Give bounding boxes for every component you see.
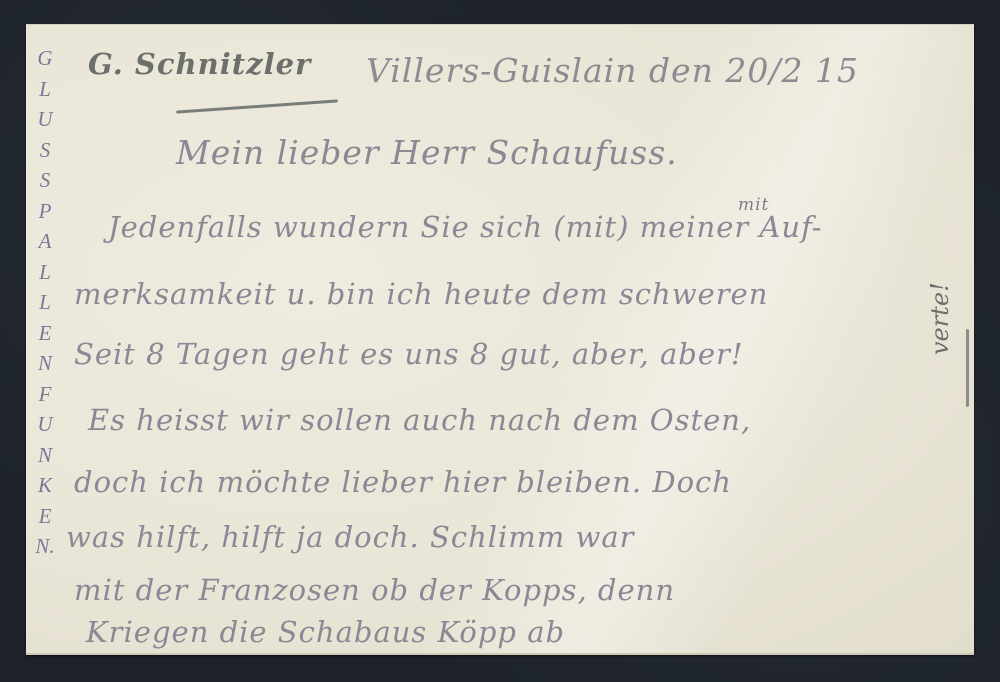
vertical-stamp-text: G L U S S P A L L E N F U N K E N. <box>32 43 58 562</box>
body-line: Jedenfalls wundern Sie sich (mit) meiner… <box>108 210 823 244</box>
stamp-letter: F <box>39 379 52 410</box>
stamp-letter: U <box>37 409 52 440</box>
stamp-letter: E <box>39 501 52 532</box>
stamp-letter: A <box>39 226 52 257</box>
body-line: Es heisst wir sollen auch nach dem Osten… <box>88 403 751 437</box>
stamp-letter: K <box>38 470 52 501</box>
stamp-letter: N. <box>35 531 54 562</box>
body-line: doch ich möchte lieber hier bleiben. Doc… <box>74 465 732 499</box>
body-line: was hilft, hilft ja doch. Schlimm war <box>66 520 635 554</box>
stamp-letter: L <box>39 287 51 318</box>
body-line: Seit 8 Tagen geht es uns 8 gut, aber, ab… <box>74 337 744 371</box>
stamp-letter: N <box>38 348 52 379</box>
stamp-letter: P <box>39 196 52 227</box>
body-line: merksamkeit u. bin ich heute dem schwere… <box>74 277 768 311</box>
place-and-date: Villers-Guislain den 20/2 15 <box>366 51 859 90</box>
body-line: Kriegen die Schabaus Köpp ab <box>86 615 565 649</box>
stamp-letter: S <box>40 135 51 166</box>
body-line: mit der Franzosen ob der Kopps, denn <box>74 573 675 607</box>
stamp-letter: E <box>39 318 52 349</box>
stamp-letter: L <box>39 257 51 288</box>
margin-note-verte: verte! <box>926 282 954 355</box>
stamp-letter: G <box>37 43 52 74</box>
stamp-letter: N <box>38 440 52 471</box>
sender-name: G. Schnitzler <box>88 47 311 81</box>
margin-mark <box>966 329 969 407</box>
stamp-letter: U <box>37 104 52 135</box>
greeting-line: Mein lieber Herr Schaufuss. <box>176 133 678 172</box>
sender-underline <box>176 99 338 113</box>
postcard: G L U S S P A L L E N F U N K E N. G. Sc… <box>26 24 974 655</box>
stamp-letter: S <box>40 165 51 196</box>
stamp-letter: L <box>39 74 51 105</box>
